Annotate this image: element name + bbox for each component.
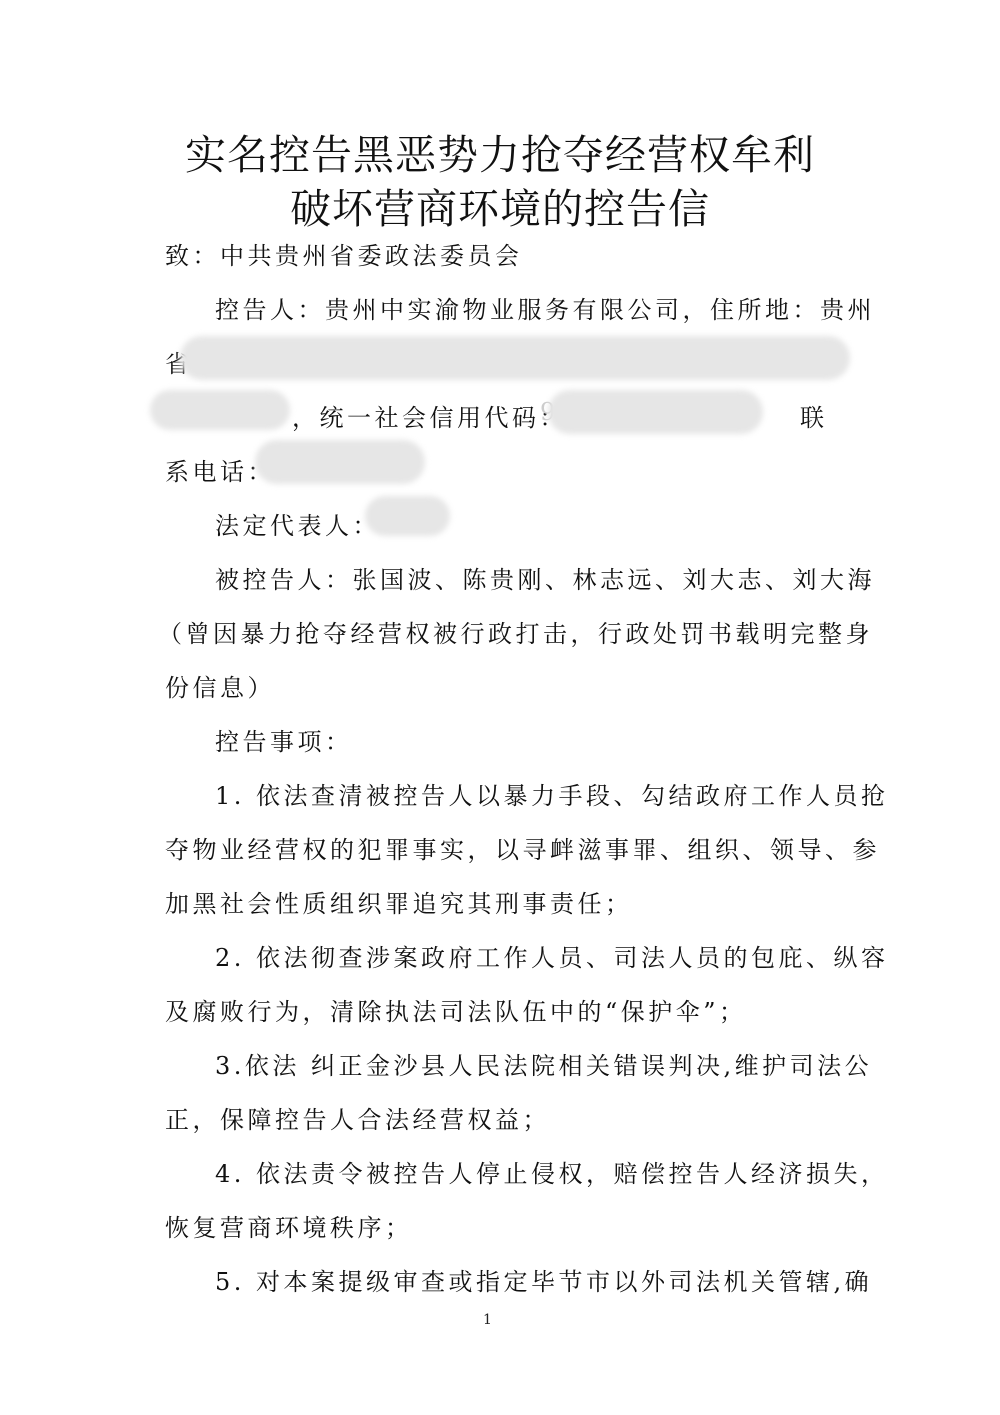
document-title-line1: 实名控告黑恶势力抢夺经营权牟利 bbox=[0, 122, 1000, 181]
accused-line3: 份信息） bbox=[165, 668, 275, 703]
legal-rep-label: 法定代表人： bbox=[215, 506, 380, 541]
item-3-line2: 正，保障控告人合法经营权益； bbox=[165, 1100, 550, 1135]
item-5-line1: 5. 对本案提级审查或指定毕节市以外司法机关管辖,确 bbox=[215, 1262, 872, 1297]
redacted-legal-rep bbox=[365, 496, 450, 536]
accused-line2: （曾因暴力抢夺经营权被行政打击，行政处罚书载明完整身 bbox=[158, 614, 873, 649]
credit-code-label: ，统一社会信用代码： bbox=[292, 398, 567, 433]
addressee: 致：中共贵州省委政法委员会 bbox=[165, 236, 523, 271]
item-2-line1: 2. 依法彻查涉案政府工作人员、司法人员的包庇、纵容 bbox=[215, 938, 889, 973]
complainant-line1: 控告人：贵州中实渝物业服务有限公司，住所地：贵州 bbox=[215, 290, 875, 325]
redacted-address bbox=[180, 336, 850, 380]
item-1-line2: 夺物业经营权的犯罪事实，以寻衅滋事罪、组织、领导、参 bbox=[165, 830, 880, 865]
item-1-line1: 1. 依法查清被控告人以暴力手段、勾结政府工作人员抢 bbox=[215, 776, 889, 811]
item-2-line2: 及腐败行为，清除执法司法队伍中的“保护伞”； bbox=[165, 992, 747, 1027]
redacted-credit-code bbox=[548, 390, 763, 434]
item-4-line1: 4. 依法责令被控告人停止侵权，赔偿控告人经济损失， bbox=[215, 1154, 889, 1189]
item-3-line1: 3.依法 纠正金沙县人民法院相关错误判决,维护司法公 bbox=[215, 1046, 872, 1081]
items-heading: 控告事项： bbox=[215, 722, 353, 757]
item-4-line2: 恢复营商环境秩序； bbox=[165, 1208, 413, 1243]
contact-suffix: 联 bbox=[800, 398, 828, 433]
page-number: 1 bbox=[483, 1312, 492, 1328]
redacted-phone bbox=[255, 440, 425, 484]
document-title-line2: 破坏营商环境的控告信 bbox=[0, 176, 1000, 235]
redacted-address-tail bbox=[150, 390, 290, 430]
item-1-line3: 加黑社会性质组织罪追究其刑事责任； bbox=[165, 884, 633, 919]
accused-line1: 被控告人：张国波、陈贵刚、林志远、刘大志、刘大海 bbox=[215, 560, 875, 595]
